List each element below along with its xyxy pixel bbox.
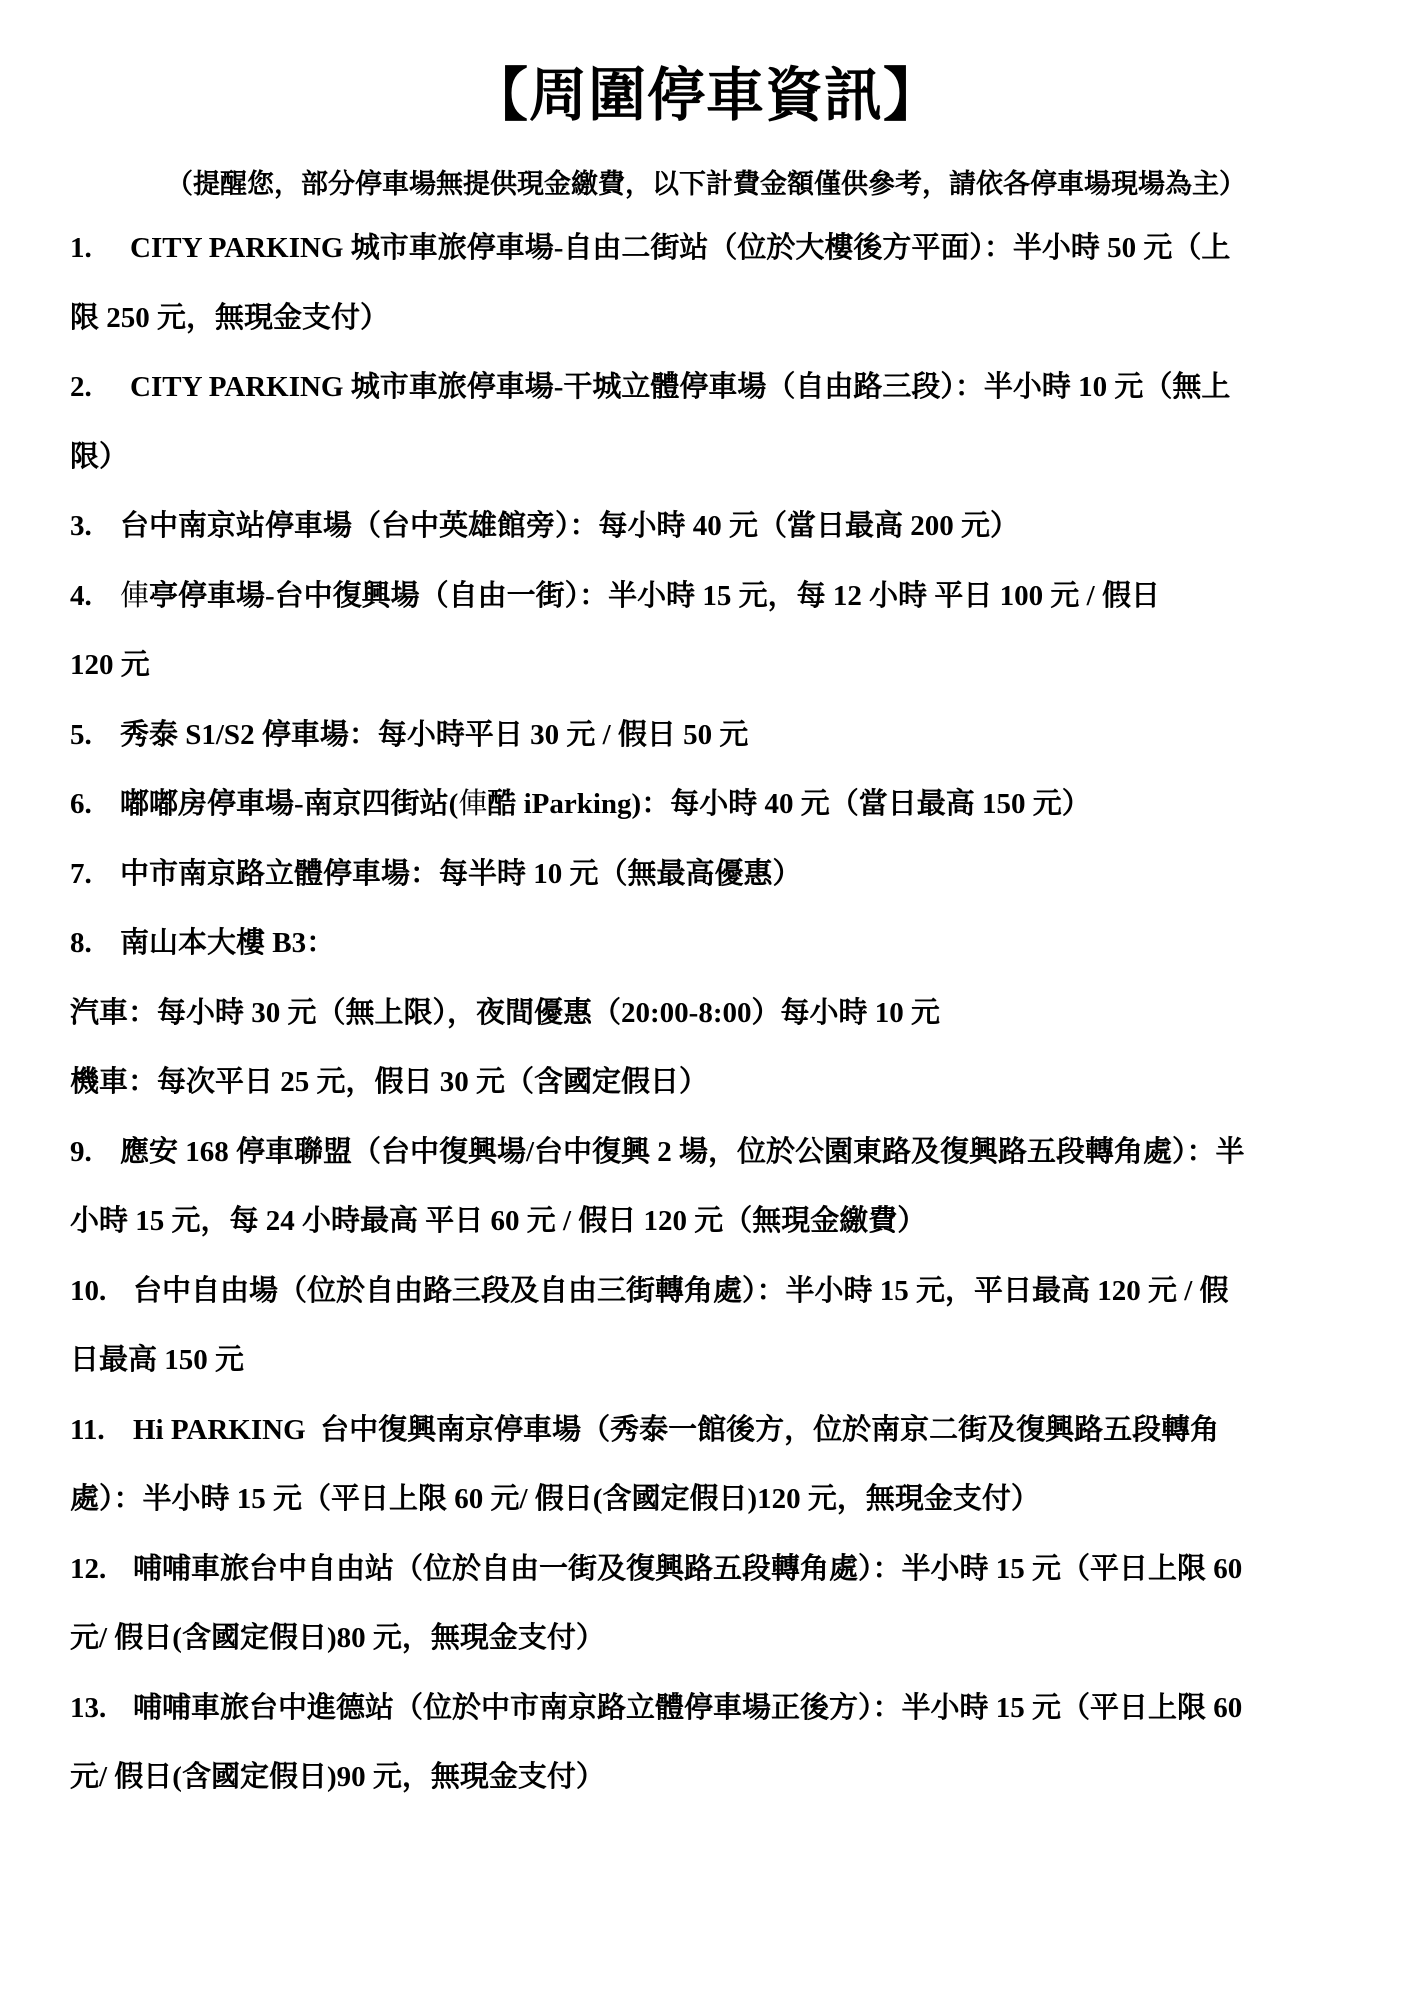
item-text: 應安 168 停車聯盟（台中復興場/台中復興 2 場，位於公園東路及復興路五段轉… bbox=[120, 1136, 1245, 1168]
item-text: CITY PARKING 城市車旅停車場-干城立體停車場（自由路三段）：半小時 … bbox=[130, 371, 1230, 403]
item-number: 3. bbox=[70, 492, 120, 562]
parking-item-continuation-line: 機車：每次平日 25 元，假日 30 元（含國定假日） bbox=[70, 1048, 1370, 1118]
item-text: 機車：每次平日 25 元，假日 30 元（含國定假日） bbox=[70, 1066, 708, 1098]
parking-item-line: 2.CITY PARKING 城市車旅停車場-干城立體停車場（自由路三段）：半小… bbox=[70, 353, 1370, 423]
item-number: 1. bbox=[70, 214, 130, 284]
item-number: 13. bbox=[70, 1674, 133, 1744]
item-text: 小時 15 元，每 24 小時最高 平日 60 元 / 假日 120 元（無現金… bbox=[70, 1205, 926, 1237]
item-text: 秀泰 S1/S2 停車場：每小時平日 30 元 / 假日 50 元 bbox=[120, 719, 748, 751]
item-text: 日最高 150 元 bbox=[70, 1344, 244, 1376]
parking-item-continuation-line: 處）：半小時 15 元（平日上限 60 元/ 假日(含國定假日)120 元，無現… bbox=[70, 1465, 1370, 1535]
item-number: 8. bbox=[70, 909, 120, 979]
parking-item-continuation-line: 限） bbox=[70, 423, 1370, 493]
parking-item-line: 13.哺哺車旅台中進德站（位於中市南京路立體停車場正後方）：半小時 15 元（平… bbox=[70, 1674, 1370, 1744]
page-title: 【周圍停車資訊】 bbox=[0, 64, 1412, 128]
item-text: 中市南京路立體停車場：每半時 10 元（無最高優惠） bbox=[120, 858, 802, 890]
document-page: 【周圍停車資訊】 （提醒您，部分停車場無提供現金繳費，以下計費金額僅供參考，請依… bbox=[0, 0, 1412, 2000]
parking-item-continuation-line: 汽車：每小時 30 元（無上限），夜間優惠（20:00-8:00）每小時 10 … bbox=[70, 979, 1370, 1049]
item-text: 台中自由場（位於自由路三段及自由三街轉角處）：半小時 15 元，平日最高 120… bbox=[133, 1275, 1229, 1307]
parking-item-line: 10.台中自由場（位於自由路三段及自由三街轉角處）：半小時 15 元，平日最高 … bbox=[70, 1257, 1370, 1327]
parking-item-continuation-line: 日最高 150 元 bbox=[70, 1326, 1370, 1396]
item-text: 台中南京站停車場（台中英雄館旁）：每小時 40 元（當日最高 200 元） bbox=[120, 510, 1019, 542]
item-text: 限） bbox=[70, 441, 128, 473]
parking-item-line: 4.俥亭停車場-台中復興場（自由一街）：半小時 15 元，每 12 小時 平日 … bbox=[70, 562, 1370, 632]
parking-item-line: 11.Hi PARKING 台中復興南京停車場（秀泰一館後方，位於南京二街及復興… bbox=[70, 1396, 1370, 1466]
item-number: 6. bbox=[70, 770, 120, 840]
item-number: 10. bbox=[70, 1257, 133, 1327]
item-text: 汽車：每小時 30 元（無上限），夜間優惠（20:00-8:00）每小時 10 … bbox=[70, 997, 940, 1029]
page-subtitle: （提醒您，部分停車場無提供現金繳費，以下計費金額僅供參考，請依各停車場現場為主） bbox=[0, 167, 1412, 202]
parking-item-line: 3.台中南京站停車場（台中英雄館旁）：每小時 40 元（當日最高 200 元） bbox=[70, 492, 1370, 562]
item-text: 元/ 假日(含國定假日)90 元，無現金支付） bbox=[70, 1761, 605, 1793]
parking-item-line: 8.南山本大樓 B3： bbox=[70, 909, 1370, 979]
item-number: 11. bbox=[70, 1396, 133, 1466]
item-text: Hi PARKING 台中復興南京停車場（秀泰一館後方，位於南京二街及復興路五段… bbox=[133, 1414, 1219, 1446]
parking-item-continuation-line: 120 元 bbox=[70, 631, 1370, 701]
item-number: 7. bbox=[70, 840, 120, 910]
parking-item-line: 12.哺哺車旅台中自由站（位於自由一街及復興路五段轉角處）：半小時 15 元（平… bbox=[70, 1535, 1370, 1605]
parking-item-continuation-line: 限 250 元，無現金支付） bbox=[70, 284, 1370, 354]
item-text: 120 元 bbox=[70, 649, 150, 681]
parking-list: 1.CITY PARKING 城市車旅停車場-自由二街站（位於大樓後方平面）：半… bbox=[70, 214, 1370, 1813]
item-text: 處）：半小時 15 元（平日上限 60 元/ 假日(含國定假日)120 元，無現… bbox=[70, 1483, 1040, 1515]
item-number: 12. bbox=[70, 1535, 133, 1605]
item-number: 2. bbox=[70, 353, 130, 423]
light-weight-char: 俥 bbox=[458, 788, 487, 820]
item-number: 4. bbox=[70, 562, 120, 632]
item-number: 9. bbox=[70, 1118, 120, 1188]
parking-item-line: 9.應安 168 停車聯盟（台中復興場/台中復興 2 場，位於公園東路及復興路五… bbox=[70, 1118, 1370, 1188]
item-number: 5. bbox=[70, 701, 120, 771]
parking-item-line: 1.CITY PARKING 城市車旅停車場-自由二街站（位於大樓後方平面）：半… bbox=[70, 214, 1370, 284]
item-text: 南山本大樓 B3： bbox=[120, 927, 335, 959]
item-text: CITY PARKING 城市車旅停車場-自由二街站（位於大樓後方平面）：半小時… bbox=[130, 232, 1230, 264]
item-text: 哺哺車旅台中進德站（位於中市南京路立體停車場正後方）：半小時 15 元（平日上限… bbox=[133, 1692, 1242, 1724]
light-weight-char: 俥 bbox=[120, 580, 149, 612]
parking-item-line: 6.嘟嘟房停車場-南京四街站(俥酷 iParking)：每小時 40 元（當日最… bbox=[70, 770, 1370, 840]
parking-item-line: 7.中市南京路立體停車場：每半時 10 元（無最高優惠） bbox=[70, 840, 1370, 910]
item-text: 俥亭停車場-台中復興場（自由一街）：半小時 15 元，每 12 小時 平日 10… bbox=[120, 580, 1160, 612]
parking-item-continuation-line: 元/ 假日(含國定假日)80 元，無現金支付） bbox=[70, 1604, 1370, 1674]
item-text: 限 250 元，無現金支付） bbox=[70, 302, 389, 334]
item-text: 元/ 假日(含國定假日)80 元，無現金支付） bbox=[70, 1622, 605, 1654]
parking-item-continuation-line: 元/ 假日(含國定假日)90 元，無現金支付） bbox=[70, 1743, 1370, 1813]
item-text: 哺哺車旅台中自由站（位於自由一街及復興路五段轉角處）：半小時 15 元（平日上限… bbox=[133, 1553, 1242, 1585]
parking-item-continuation-line: 小時 15 元，每 24 小時最高 平日 60 元 / 假日 120 元（無現金… bbox=[70, 1187, 1370, 1257]
parking-item-line: 5.秀泰 S1/S2 停車場：每小時平日 30 元 / 假日 50 元 bbox=[70, 701, 1370, 771]
item-text: 嘟嘟房停車場-南京四街站(俥酷 iParking)：每小時 40 元（當日最高 … bbox=[120, 788, 1091, 820]
